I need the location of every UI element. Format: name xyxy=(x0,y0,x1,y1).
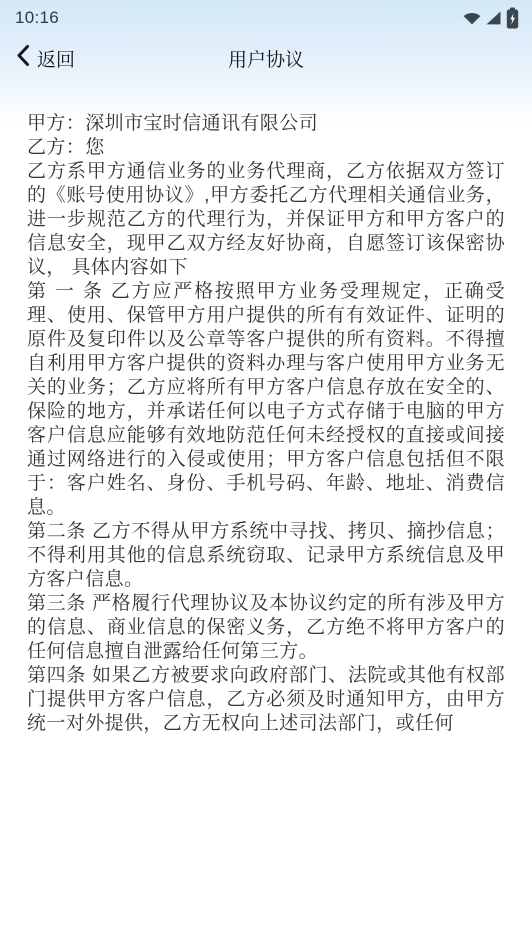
status-icons xyxy=(463,7,519,29)
nav-bar: 返回 用户协议 xyxy=(0,34,532,82)
party-b-line: 乙方：您 xyxy=(27,136,505,160)
page-title: 用户协议 xyxy=(0,34,532,82)
back-button[interactable]: 返回 xyxy=(16,44,75,73)
battery-charging-icon xyxy=(506,7,519,29)
agreement-article-4: 第四条 如果乙方被要求向政府部门、法院或其他有权部门提供甲方客户信息，乙方必须及… xyxy=(27,664,505,736)
wifi-icon xyxy=(463,11,481,25)
app-screen: 10:16 xyxy=(0,0,532,947)
chevron-left-icon xyxy=(16,44,30,73)
agreement-article-2: 第二条 乙方不得从甲方系统中寻找、拷贝、摘抄信息；不得利用其他的信息系统窃取、记… xyxy=(27,520,505,592)
back-label: 返回 xyxy=(37,45,75,72)
agreement-content: 甲方：深圳市宝时信通讯有限公司 乙方：您 乙方系甲方通信业务的业务代理商，乙方依… xyxy=(0,82,532,736)
agreement-article-1: 第 一 条 乙方应严格按照甲方业务受理规定，正确受理、使用、保管甲方用户提供的所… xyxy=(27,280,505,520)
status-bar: 10:16 xyxy=(0,0,532,34)
status-time: 10:16 xyxy=(15,8,59,28)
agreement-intro: 乙方系甲方通信业务的业务代理商，乙方依据双方签订的《账号使用协议》,甲方委托乙方… xyxy=(27,160,505,280)
agreement-article-3: 第三条 严格履行代理协议及本协议约定的所有涉及甲方的信息、商业信息的保密义务，乙… xyxy=(27,592,505,664)
signal-icon xyxy=(486,11,501,25)
party-a-line: 甲方：深圳市宝时信通讯有限公司 xyxy=(27,112,505,136)
